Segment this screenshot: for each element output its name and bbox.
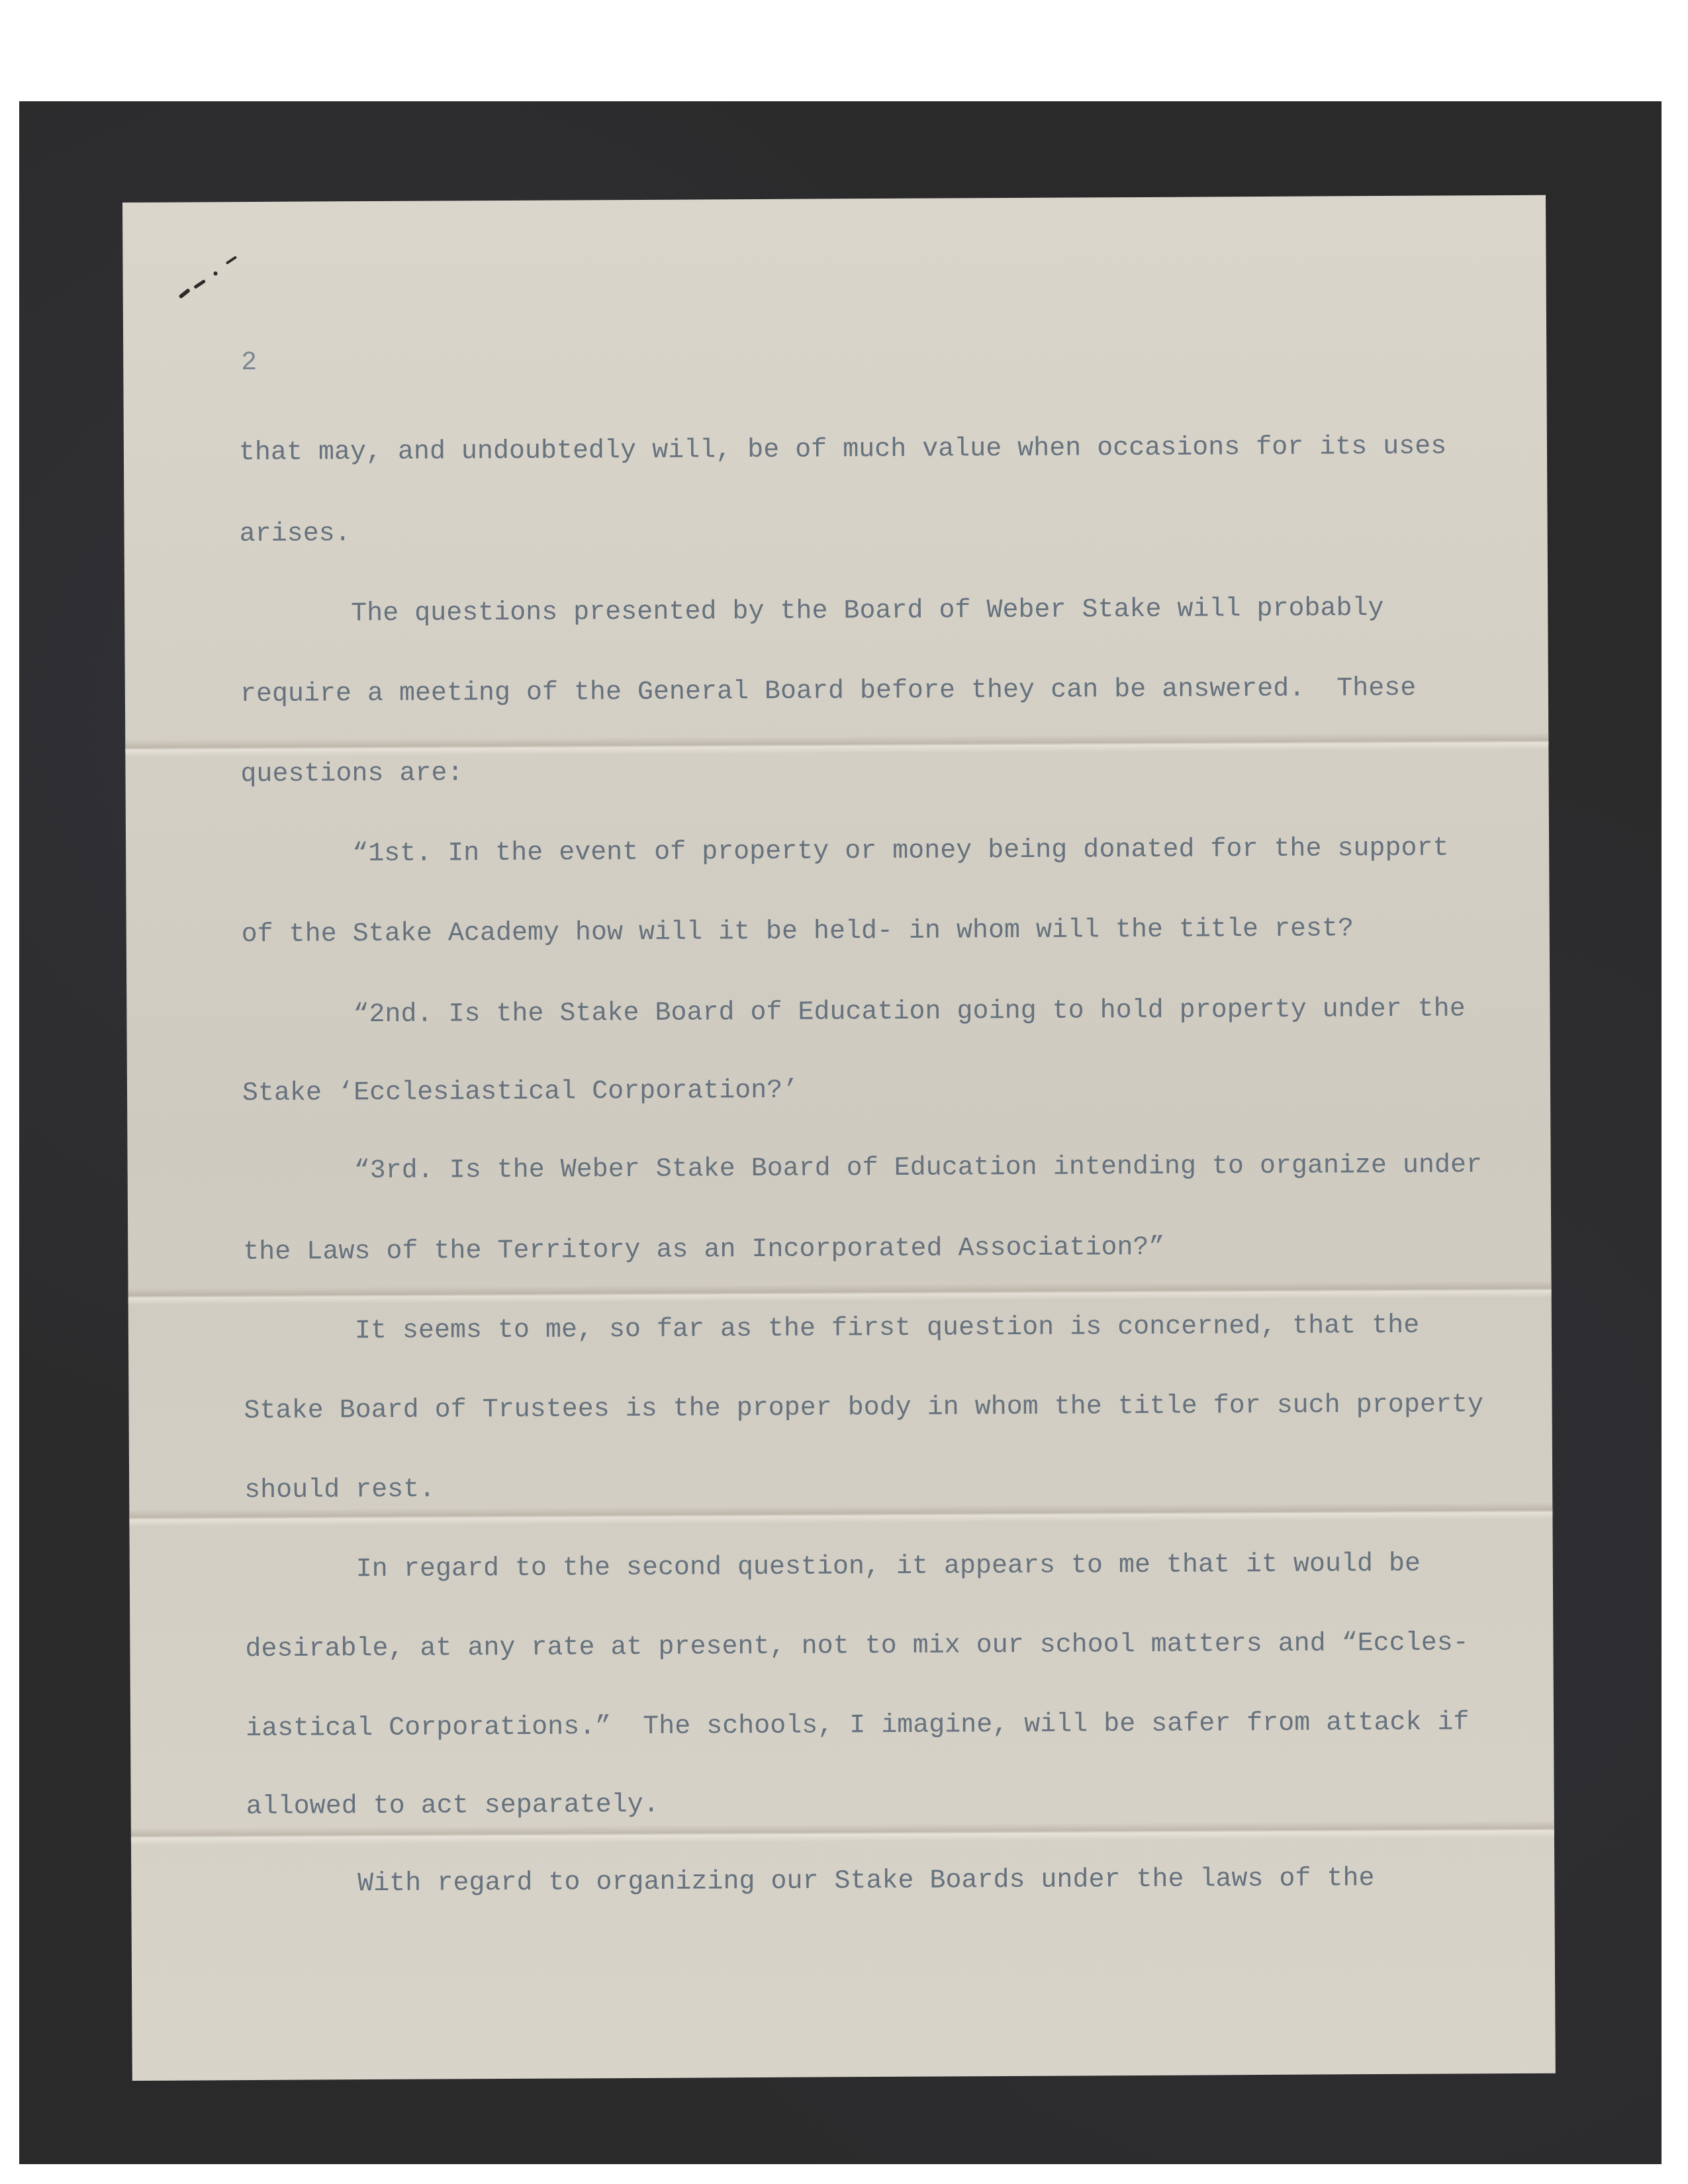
text-line: The questions presented by the Board of … — [351, 596, 1383, 627]
text-line: With regard to organizing our Stake Boar… — [357, 1866, 1374, 1897]
text-line: of the Stake Academy how will it be held… — [242, 916, 1354, 948]
text-line: In regard to the second question, it app… — [356, 1551, 1421, 1583]
text-line: Stake ‘Ecclesiastical Corporation?’ — [242, 1078, 798, 1107]
text-line: Stake Board of Trustees is the proper bo… — [244, 1392, 1483, 1425]
text-line: that may, and undoubtedly will, be of mu… — [239, 434, 1446, 467]
fold-crease — [129, 1502, 1552, 1527]
text-line: should rest. — [244, 1477, 435, 1505]
text-line: “1st. In the event of property or money … — [352, 836, 1448, 868]
text-line: questions are: — [240, 760, 463, 788]
text-line: require a meeting of the General Board b… — [240, 676, 1416, 708]
page-number: 2 — [241, 350, 257, 377]
text-line: arises. — [240, 521, 351, 548]
text-line: It seems to me, so far as the first ques… — [355, 1313, 1419, 1345]
text-line: “2nd. Is the Stake Board of Education go… — [353, 996, 1465, 1028]
typewritten-page: 2 that may, and undoubtedly will, be of … — [122, 195, 1556, 2081]
text-line: “3rd. Is the Weber Stake Board of Educat… — [354, 1152, 1482, 1185]
text-line: iastical Corporations.” The schools, I i… — [246, 1709, 1469, 1743]
fold-crease — [128, 1281, 1552, 1305]
pencil-marks-icon — [175, 243, 256, 310]
text-line: allowed to act separately. — [246, 1792, 659, 1821]
text-line: the Laws of the Territory as an Incorpor… — [243, 1235, 1164, 1266]
text-line: desirable, at any rate at present, not t… — [245, 1630, 1468, 1663]
fold-crease — [125, 733, 1548, 757]
fold-crease — [131, 1821, 1554, 1845]
